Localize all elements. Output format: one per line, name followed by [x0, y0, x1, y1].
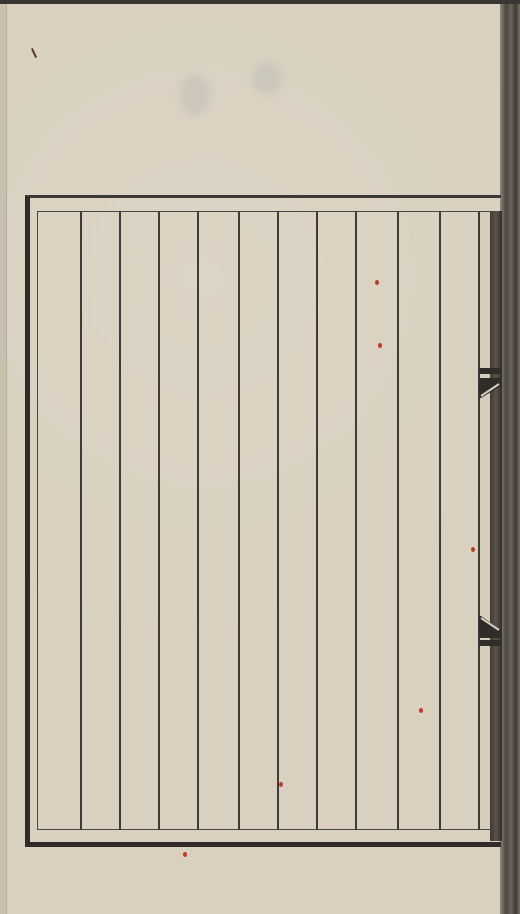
smudge	[252, 62, 282, 94]
smudge	[180, 75, 210, 115]
red-mark	[378, 343, 382, 348]
column-line	[397, 211, 399, 830]
column-line	[355, 211, 357, 830]
red-mark	[419, 708, 423, 713]
book-spine-edge	[500, 4, 520, 914]
column-line	[478, 211, 480, 830]
column-line	[277, 211, 279, 830]
column-line	[80, 211, 82, 830]
column-line	[238, 211, 240, 830]
column-line	[439, 211, 441, 830]
red-mark	[375, 280, 379, 285]
inner-frame-border	[37, 211, 492, 830]
red-mark	[471, 547, 475, 552]
fishtail-mark-lower	[479, 616, 501, 646]
red-mark	[279, 782, 283, 787]
column-line	[119, 211, 121, 830]
column-line	[316, 211, 318, 830]
column-line	[197, 211, 199, 830]
fishtail-mark-upper	[479, 368, 501, 398]
red-mark	[183, 852, 187, 857]
column-line	[158, 211, 160, 830]
page-left-edge	[0, 4, 7, 914]
